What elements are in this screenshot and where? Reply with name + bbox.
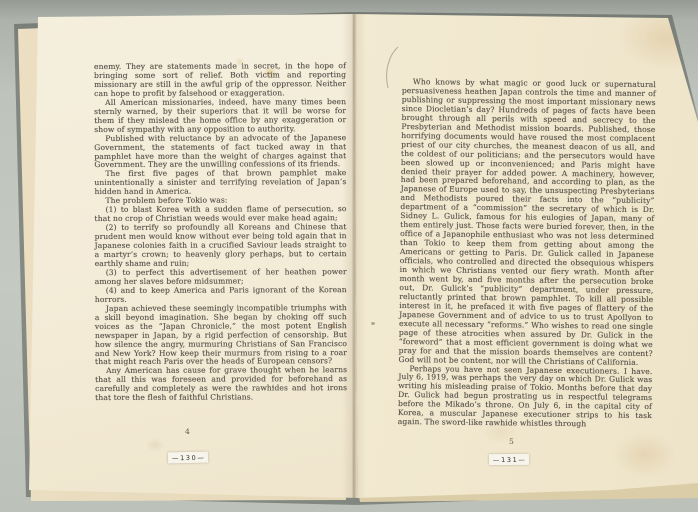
paragraph: All American missionaries, indeed, have … <box>94 98 346 135</box>
speck <box>330 324 334 328</box>
paragraph: (3) to perfect this advertisement of her… <box>95 268 347 287</box>
paragraph: (1) to blast Korea with a sudden flame o… <box>95 205 347 224</box>
right-page-number: 5 <box>509 437 514 446</box>
right-page-paragraphs: Who knows by what magic or good luck or … <box>398 78 656 430</box>
paragraph: (2) to terrify so profoundly all Koreans… <box>95 223 347 269</box>
paragraph: (4) and to keep America and Paris ignora… <box>95 286 347 305</box>
speck <box>272 386 274 388</box>
speck <box>371 322 375 325</box>
paragraph: Any American has cause for grave thought… <box>95 367 347 404</box>
paragraph: The first five pages of that brown pamph… <box>94 170 346 198</box>
paragraph: Japan achieved these seemingly incompati… <box>95 304 347 368</box>
left-page-text: enemy. They are statements made in secre… <box>94 62 347 403</box>
left-page-number: 4 <box>185 427 190 436</box>
right-page-text: Who knows by what magic or good luck or … <box>398 78 656 430</box>
photo-of-open-pamphlet: enemy. They are statements made in secre… <box>0 0 698 512</box>
left-page-paragraphs: enemy. They are statements made in secre… <box>94 62 347 403</box>
pencil-mark <box>380 45 410 90</box>
right-folio-stamp: —131— <box>489 454 529 465</box>
paragraph: enemy. They are statements made in secre… <box>94 62 346 99</box>
paragraph: Who knows by what magic or good luck or … <box>398 78 655 368</box>
left-folio-stamp: —130— <box>168 452 209 464</box>
paragraph: Perhaps you have not seen Japanese execu… <box>398 364 653 430</box>
paragraph: Published with reluctance by an advocate… <box>94 134 346 171</box>
